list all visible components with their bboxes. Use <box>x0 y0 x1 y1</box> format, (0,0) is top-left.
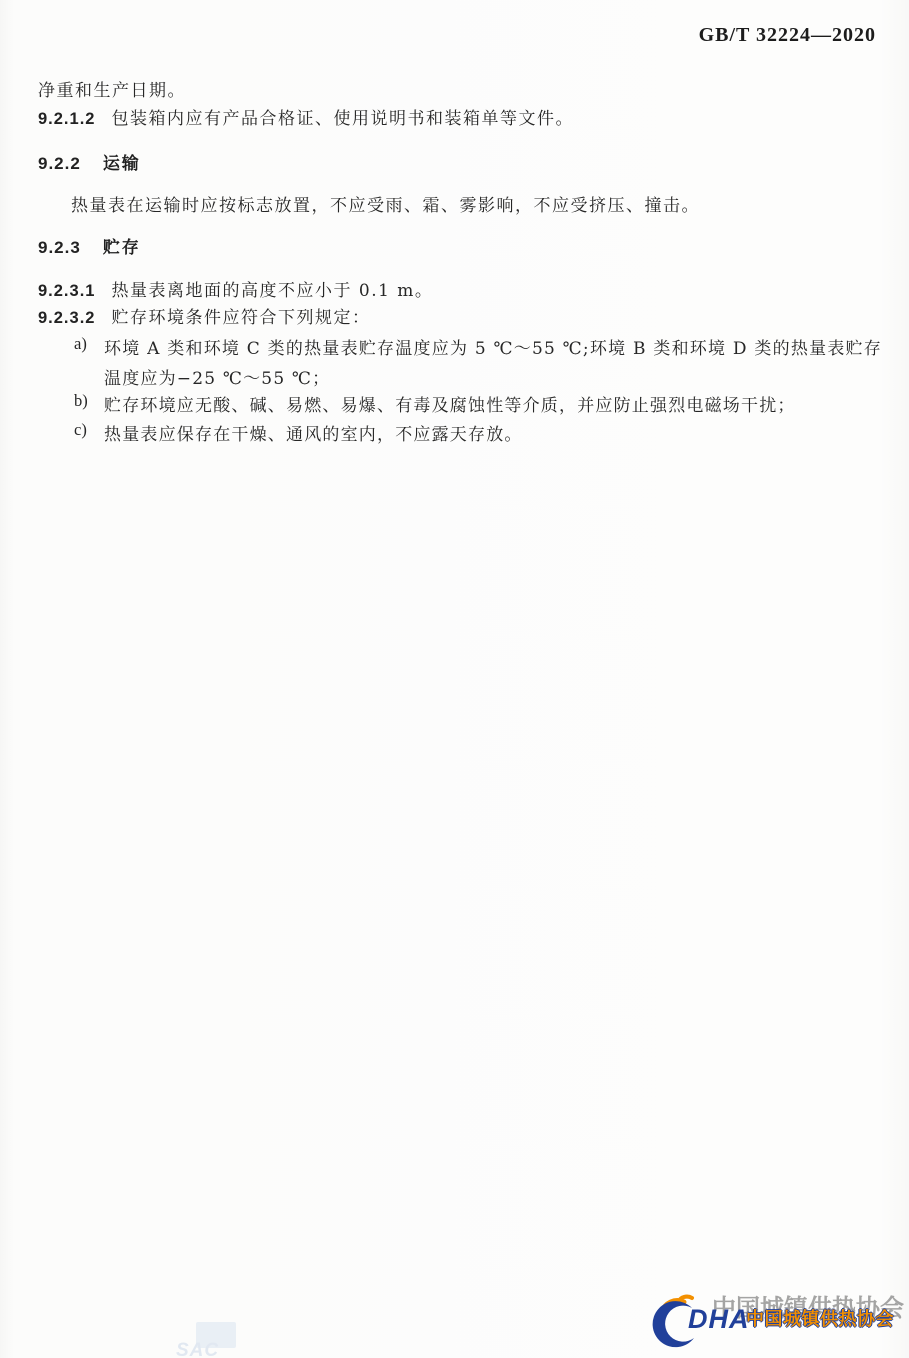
transport-paragraph: 热量表在运输时应按标志放置，不应受雨、霜、雾影响，不应受挤压、撞击。 <box>71 191 871 216</box>
list-label: b) <box>74 391 88 411</box>
list-item-a: a) 环境 A 类和环境 C 类的热量表贮存温度应为 5 ℃～55 ℃;环境 B… <box>74 334 880 394</box>
section-number: 9.2.2 <box>38 154 81 173</box>
list-item-b: b) 贮存环境应无酸、碱、易燃、易爆、有毒及腐蚀性等介质，并应防止强烈电磁场干扰… <box>74 391 880 421</box>
sac-logo-label: SAC <box>176 1340 219 1358</box>
list-text: 环境 A 类和环境 C 类的热量表贮存温度应为 5 ℃～55 ℃;环境 B 类和… <box>104 334 882 394</box>
clause-9-2-3-2: 9.2.3.2贮存环境条件应符合下列规定： <box>38 303 370 328</box>
list-label: a) <box>74 334 87 354</box>
sac-watermark: SAC <box>176 1322 242 1358</box>
carryover-text: 净重和生产日期。 <box>38 76 186 101</box>
clause-number: 9.2.1.2 <box>38 110 95 128</box>
section-heading-transport: 9.2.2运输 <box>38 149 141 174</box>
list-text: 贮存环境应无酸、碱、易燃、易爆、有毒及腐蚀性等介质，并应防止强烈电磁场干扰； <box>104 391 882 421</box>
clause-text: 热量表离地面的高度不应小于 0.1 m。 <box>111 281 433 301</box>
clause-9-2-1-2: 9.2.1.2包装箱内应有产品合格证、使用说明书和装箱单等文件。 <box>38 104 574 129</box>
clause-number: 9.2.3.2 <box>38 309 95 327</box>
clause-text: 包装箱内应有产品合格证、使用说明书和装箱单等文件。 <box>111 109 574 129</box>
document-page: GB/T 32224—2020 净重和生产日期。 9.2.1.2包装箱内应有产品… <box>0 0 909 1358</box>
list-label: c) <box>74 420 87 440</box>
clause-9-2-3-1: 9.2.3.1热量表离地面的高度不应小于 0.1 m。 <box>38 276 433 301</box>
cdha-association-logo: 中国城镇供热协会 DHA 中国城镇供热协会 <box>648 1282 909 1358</box>
cdha-acronym: DHA <box>688 1304 750 1335</box>
list-item-c: c) 热量表应保存在干燥、通风的室内，不应露天存放。 <box>74 420 880 450</box>
association-name-text: 中国城镇供热协会 <box>746 1305 894 1331</box>
section-title: 贮存 <box>103 238 141 258</box>
section-heading-storage: 9.2.3贮存 <box>38 233 141 258</box>
clause-text: 贮存环境条件应符合下列规定： <box>111 308 370 328</box>
list-text: 热量表应保存在干燥、通风的室内，不应露天存放。 <box>104 420 882 450</box>
standard-number: GB/T 32224—2020 <box>699 24 876 47</box>
section-number: 9.2.3 <box>38 238 81 257</box>
section-title: 运输 <box>103 154 141 174</box>
clause-number: 9.2.3.1 <box>38 282 95 300</box>
